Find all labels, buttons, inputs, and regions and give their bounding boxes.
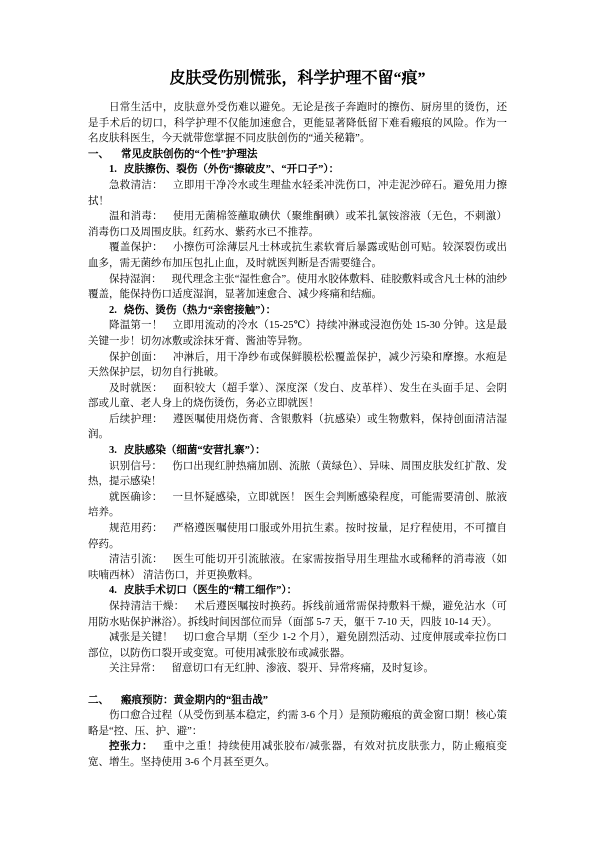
section-heading: 二、瘢痕预防：黄金期内的“狙击战” (88, 693, 507, 709)
sub-heading: 4.皮肤手术切口（医生的“精工细作”）： (88, 583, 507, 599)
paragraph-text: 日常生活中，皮肤意外受伤难以避免。无论是孩子奔跑时的擦伤、厨房里的烫伤，还是手术… (88, 102, 507, 144)
paragraph-label: 保持湿润： (109, 274, 162, 285)
paragraph: 保持清洁干燥：术后遵医嘱按时换药。拆线前通常需保持敷料干燥，避免沾水（可用防水贴… (88, 599, 507, 630)
paragraph-label: 急救清洁： (109, 180, 163, 191)
paragraph: 就医确诊：一旦怀疑感染，立即就医！ 医生会判断感染程度，可能需要清创、脓液培养。 (88, 490, 507, 521)
paragraph-label: 就医确诊： (109, 492, 163, 503)
heading-text: 常见皮肤创伤的“个性”护理法 (121, 149, 258, 160)
paragraph: 后续护理：遵医嘱使用烧伤膏、含银敷料（抗感染）或生物敷料，保持创面清洁湿润。 (88, 412, 507, 443)
paragraph: 日常生活中，皮肤意外受伤难以避免。无论是孩子奔跑时的擦伤、厨房里的烫伤，还是手术… (88, 100, 507, 147)
document-title: 皮肤受伤别慌张，科学护理不留“痕” (88, 66, 507, 91)
paragraph: 关注异常：留意切口有无红肿、渗液、裂开、异常疼痛，及时复诊。 (88, 661, 507, 677)
list-number: 4. (109, 585, 117, 596)
heading-text: 皮肤手术切口（医生的“精工细作”）： (124, 585, 297, 596)
sub-heading: 3.皮肤感染（细菌“安营扎寨”）： (88, 443, 507, 459)
paragraph-text: 留意切口有无红肿、渗液、裂开、异常疼痛，及时复诊。 (172, 663, 435, 674)
paragraph-label: 保持清洁干燥： (109, 601, 185, 612)
paragraph: 控张力：重中之重！持续使用减张胶布/减张器，有效对抗皮肤张力，防止瘢痕变宽、增生… (88, 739, 507, 770)
paragraph: 覆盖保护：小擦伤可涂薄层凡士林或抗生素软膏后暴露或贴创可贴。较深裂伤或出血多，需… (88, 240, 507, 271)
sub-heading: 2.烧伤、烫伤（热力“亲密接触”）： (88, 303, 507, 319)
heading-text: 皮肤感染（细菌“安营扎寨”）： (124, 445, 266, 456)
paragraph-label: 温和消毒： (109, 211, 163, 222)
paragraph-label: 关注异常： (109, 663, 162, 674)
paragraph: 规范用药：严格遵医嘱使用口服或外用抗生素。按时按量，足疗程使用，不可擅自停药。 (88, 521, 507, 552)
paragraph: 识别信号：伤口出现红肿热痛加剧、流脓（黄绿色）、异味、周围皮肤发红扩散、发热，提… (88, 459, 507, 490)
paragraph-label: 识别信号： (109, 461, 162, 472)
paragraph-label: 规范用药： (109, 523, 163, 534)
paragraph-label: 及时就医： (109, 383, 163, 394)
paragraph-label: 减张是关键！ (109, 632, 173, 643)
heading-text: 皮肤擦伤、裂伤（外伤“擦破皮”、“开口子”）： (124, 164, 339, 175)
heading-text: 瘢痕预防：黄金期内的“狙击战” (121, 695, 268, 706)
heading-text: 烧伤、烫伤（热力“亲密接触”）： (124, 305, 276, 316)
paragraph: 保持湿润：现代理念主张“湿性愈合”。使用水胶体敷料、硅胶敷料或含凡士林的油纱覆盖… (88, 272, 507, 303)
blank-line (88, 677, 507, 693)
paragraph: 及时就医：面积较大（超手掌）、深度深（发白、皮革样）、发生在头面手足、会阴部或儿… (88, 381, 507, 412)
document-page: 皮肤受伤别慌张，科学护理不留“痕” 日常生活中，皮肤意外受伤难以避免。无论是孩子… (0, 0, 595, 841)
sub-heading: 1.皮肤擦伤、裂伤（外伤“擦破皮”、“开口子”）： (88, 162, 507, 178)
paragraph: 减张是关键！切口愈合早期（至少 1-2 个月），避免剧烈活动、过度伸展或牵拉伤口… (88, 630, 507, 661)
list-number: 二、 (88, 695, 109, 706)
paragraph-label: 降温第一！ (109, 320, 163, 331)
paragraph-text: 伤口愈合过程（从受伤到基本稳定，约需 3-6 个月）是预防瘢痕的黄金窗口期！核心… (88, 710, 507, 737)
paragraph-label: 覆盖保护： (109, 242, 163, 253)
paragraph: 伤口愈合过程（从受伤到基本稳定，约需 3-6 个月）是预防瘢痕的黄金窗口期！核心… (88, 708, 507, 739)
paragraph: 温和消毒：使用无菌棉签蘸取碘伏（聚维酮碘）或苯扎氯铵溶液（无色，不刺激）消毒伤口… (88, 209, 507, 240)
paragraph-label: 保护创面： (109, 352, 163, 363)
list-number: 3. (109, 445, 117, 456)
list-number: 一、 (88, 149, 109, 160)
paragraph-label: 后续护理： (109, 414, 163, 425)
paragraph-label: 清洁引流： (109, 554, 163, 565)
paragraph: 保护创面：冲淋后，用干净纱布或保鲜膜松松覆盖保护，减少污染和摩擦。水疱是天然保护… (88, 350, 507, 381)
list-number: 1. (109, 164, 117, 175)
document-body: 日常生活中，皮肤意外受伤难以避免。无论是孩子奔跑时的擦伤、厨房里的烫伤，还是手术… (88, 100, 507, 771)
section-heading: 一、常见皮肤创伤的“个性”护理法 (88, 147, 507, 163)
paragraph-label: 控张力： (109, 741, 153, 752)
paragraph: 降温第一！立即用流动的冷水（15-25℃）持续冲淋或浸泡伤处 15-30 分钟。… (88, 318, 507, 349)
list-number: 2. (109, 305, 117, 316)
paragraph: 急救清洁：立即用干净冷水或生理盐水轻柔冲洗伤口，冲走泥沙碎石。避免用力擦拭！ (88, 178, 507, 209)
paragraph: 清洁引流：医生可能切开引流脓液。在家需按指导用生理盐水或稀释的消毒液（如呋喃西林… (88, 552, 507, 583)
